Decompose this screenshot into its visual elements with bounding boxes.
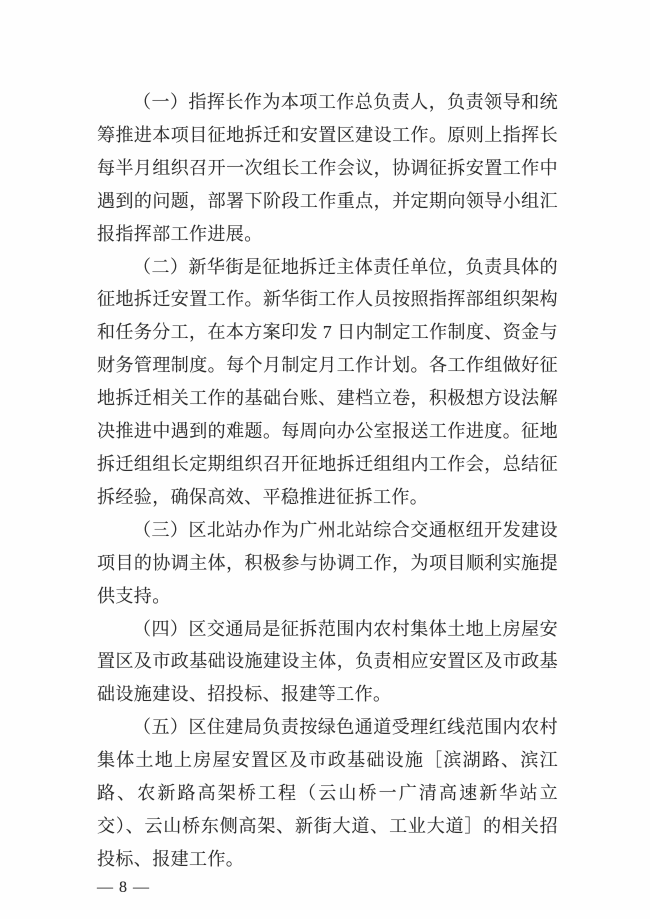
paragraph-3: （三）区北站办作为广州北站综合交通枢纽开发建设项目的协调主体，积极参与协调工作，… xyxy=(97,514,558,613)
paragraph-1: （一）指挥长作为本项工作总负责人，负责领导和统筹推进本项目征地拆迁和安置区建设工… xyxy=(97,86,558,251)
paragraph-2: （二）新华街是征地拆迁主体责任单位，负责具体的征地拆迁安置工作。新华街工作人员按… xyxy=(97,251,558,514)
paragraph-5: （五）区住建局负责按绿色通道受理红线范围内农村集体土地上房屋安置区及市政基础设施… xyxy=(97,711,558,876)
document-body: （一）指挥长作为本项工作总负责人，负责领导和统筹推进本项目征地拆迁和安置区建设工… xyxy=(97,86,558,876)
page-number: — 8 — xyxy=(97,877,558,899)
document-page: （一）指挥长作为本项工作总负责人，负责领导和统筹推进本项目征地拆迁和安置区建设工… xyxy=(0,0,650,919)
paragraph-4: （四）区交通局是征拆范围内农村集体土地上房屋安置区及市政基础设施建设主体，负责相… xyxy=(97,613,558,712)
